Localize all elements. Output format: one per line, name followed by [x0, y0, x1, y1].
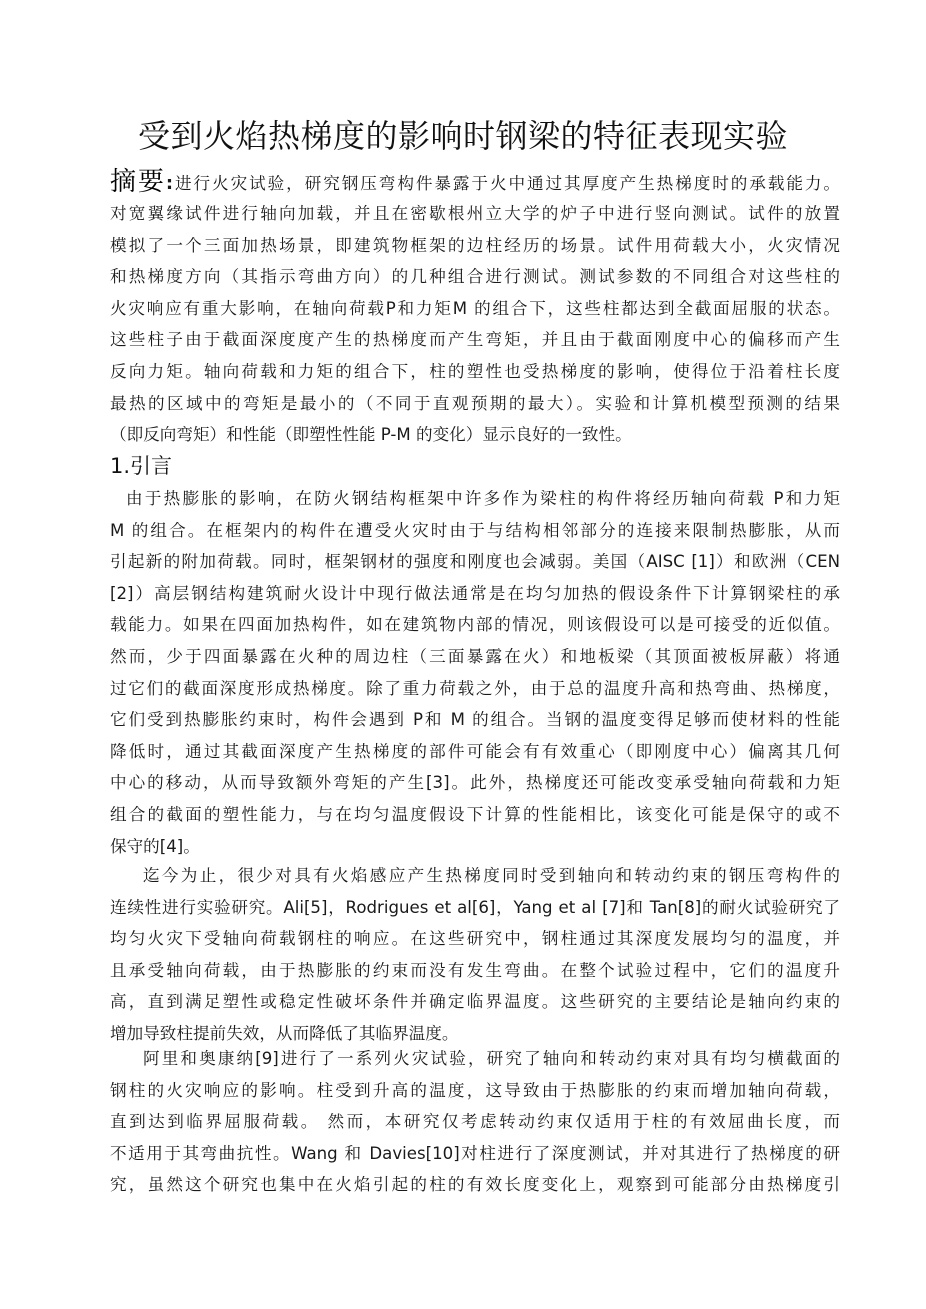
paragraph-line: 连续性进行实验研究。Ali[5]，Rodrigues et al[6]，Yang…	[110, 892, 840, 924]
paragraph-3: 阿里和奥康纳[9]进行了一系列火灾试验，研究了轴向和转动约束对具有均匀横截面的 …	[110, 1043, 840, 1201]
paragraph-line: 阿里和奥康纳[9]进行了一系列火灾试验，研究了轴向和转动约束对具有均匀横截面的	[110, 1043, 840, 1075]
paragraph-line: 迄今为止，很少对具有火焰感应产生热梯度同时受到轴向和转动约束的钢压弯构件的	[110, 860, 840, 892]
paragraph-line: 由于热膨胀的影响，在防火钢结构框架中许多作为梁柱的构件将经历轴向荷载 P和力矩	[110, 483, 840, 515]
paragraph-line: 不适用于其弯曲抗性。Wang 和 Davies[10]对柱进行了深度测试，并对其…	[110, 1138, 840, 1170]
page-title: 受到火焰热梯度的影响时钢梁的特征表现实验	[0, 112, 926, 160]
abstract-line: 反向力矩。轴向荷载和力矩的组合下，柱的塑性也受热梯度的影响，使得位于沿着柱长度	[110, 356, 840, 388]
abstract-line: 火灾响应有重大影响，在轴向荷载P和力矩M 的组合下，这些柱都达到全截面屈服的状态…	[110, 293, 840, 325]
paragraph-line: 组合的截面的塑性能力，与在均匀温度假设下计算的性能相比，该变化可能是保守的或不	[110, 799, 840, 831]
paragraph-line: 钢柱的火灾响应的影响。柱受到升高的温度，这导致由于热膨胀的约束而增加轴向荷载，	[110, 1075, 840, 1107]
abstract: 摘要:进行火灾试验，研究钢压弯构件暴露于火中通过其厚度产生热梯度时的承载能力。 …	[110, 162, 840, 451]
section-heading: 1.引言	[110, 449, 840, 483]
abstract-label: 摘要	[110, 167, 166, 197]
abstract-line: 这些柱子由于截面深度度产生的热梯度而产生弯矩，并且由于截面刚度中心的偏移而产生	[110, 324, 840, 356]
document-page: 受到火焰热梯度的影响时钢梁的特征表现实验 摘要:进行火灾试验，研究钢压弯构件暴露…	[0, 0, 926, 1309]
abstract-line: 对宽翼缘试件进行轴向加载，并且在密歇根州立大学的炉子中进行竖向测试。试件的放置	[110, 198, 840, 230]
abstract-line: 进行火灾试验，研究钢压弯构件暴露于火中通过其厚度产生热梯度时的承载能力。	[173, 174, 840, 193]
paragraph-line: 保守的[4]。	[110, 831, 840, 863]
paragraph-line: 然而，少于四面暴露在火种的周边柱（三面暴露在火）和地板梁（其顶面被板屏蔽）将通	[110, 641, 840, 673]
abstract-line: 模拟了一个三面加热场景，即建筑物框架的边柱经历的场景。试件用荷载大小，火灾情况	[110, 230, 840, 262]
abstract-line: 和热梯度方向（其指示弯曲方向）的几种组合进行测试。测试参数的不同组合对这些柱的	[110, 261, 840, 293]
paragraph-line: M 的组合。在框架内的构件在遭受火灾时由于与结构相邻部分的连接来限制热膨胀，从而	[110, 515, 840, 547]
paragraph-line: 它们受到热膨胀约束时，构件会遇到 P和 M 的组合。当钢的温度变得足够而使材料的…	[110, 704, 840, 736]
paragraph-line: 载能力。如果在四面加热构件，如在建筑物内部的情况，则该假设可以是可接受的近似值。	[110, 609, 840, 641]
paragraph-2: 迄今为止，很少对具有火焰感应产生热梯度同时受到轴向和转动约束的钢压弯构件的 连续…	[110, 860, 840, 1050]
paragraph-line: 高，直到满足塑性或稳定性破坏条件并确定临界温度。这些研究的主要结论是轴向约束的	[110, 986, 840, 1018]
abstract-line: （即反向弯矩）和性能（即塑性性能 P-M 的变化）显示良好的一致性。	[110, 419, 840, 451]
paragraph-line: 究，虽然这个研究也集中在火焰引起的柱的有效长度变化上，观察到可能部分由热梯度引	[110, 1169, 840, 1201]
abstract-line: 最热的区域中的弯矩是最小的（不同于直观预期的最大）。实验和计算机模型预测的结果	[110, 388, 840, 420]
paragraph-line: 中心的移动，从而导致额外弯矩的产生[3]。此外，热梯度还可能改变承受轴向荷载和力…	[110, 767, 840, 799]
paragraph-1: 由于热膨胀的影响，在防火钢结构框架中许多作为梁柱的构件将经历轴向荷载 P和力矩 …	[110, 483, 840, 862]
paragraph-line: 直到达到临界屈服荷载。 然而，本研究仅考虑转动约束仅适用于柱的有效屈曲长度，而	[110, 1106, 840, 1138]
paragraph-line: 引起新的附加荷载。同时，框架钢材的强度和刚度也会减弱。美国（AISC [1]）和…	[110, 546, 840, 578]
paragraph-line: 且承受轴向荷载，由于热膨胀的约束而没有发生弯曲。在整个试验过程中，它们的温度升	[110, 955, 840, 987]
abstract-colon: :	[166, 173, 173, 194]
paragraph-line: 均匀火灾下受轴向荷载钢柱的响应。在这些研究中，钢柱通过其深度发展均匀的温度，并	[110, 923, 840, 955]
paragraph-line: [2]）高层钢结构建筑耐火设计中现行做法通常是在均匀加热的假设条件下计算钢梁柱的…	[110, 578, 840, 610]
paragraph-line: 过它们的截面深度形成热梯度。除了重力荷载之外，由于总的温度升高和热弯曲、热梯度，	[110, 673, 840, 705]
abstract-first-line: 摘要:进行火灾试验，研究钢压弯构件暴露于火中通过其厚度产生热梯度时的承载能力。	[110, 162, 840, 198]
paragraph-line: 降低时，通过其截面深度产生热梯度的部件可能会有有效重心（即刚度中心）偏离其几何	[110, 736, 840, 768]
